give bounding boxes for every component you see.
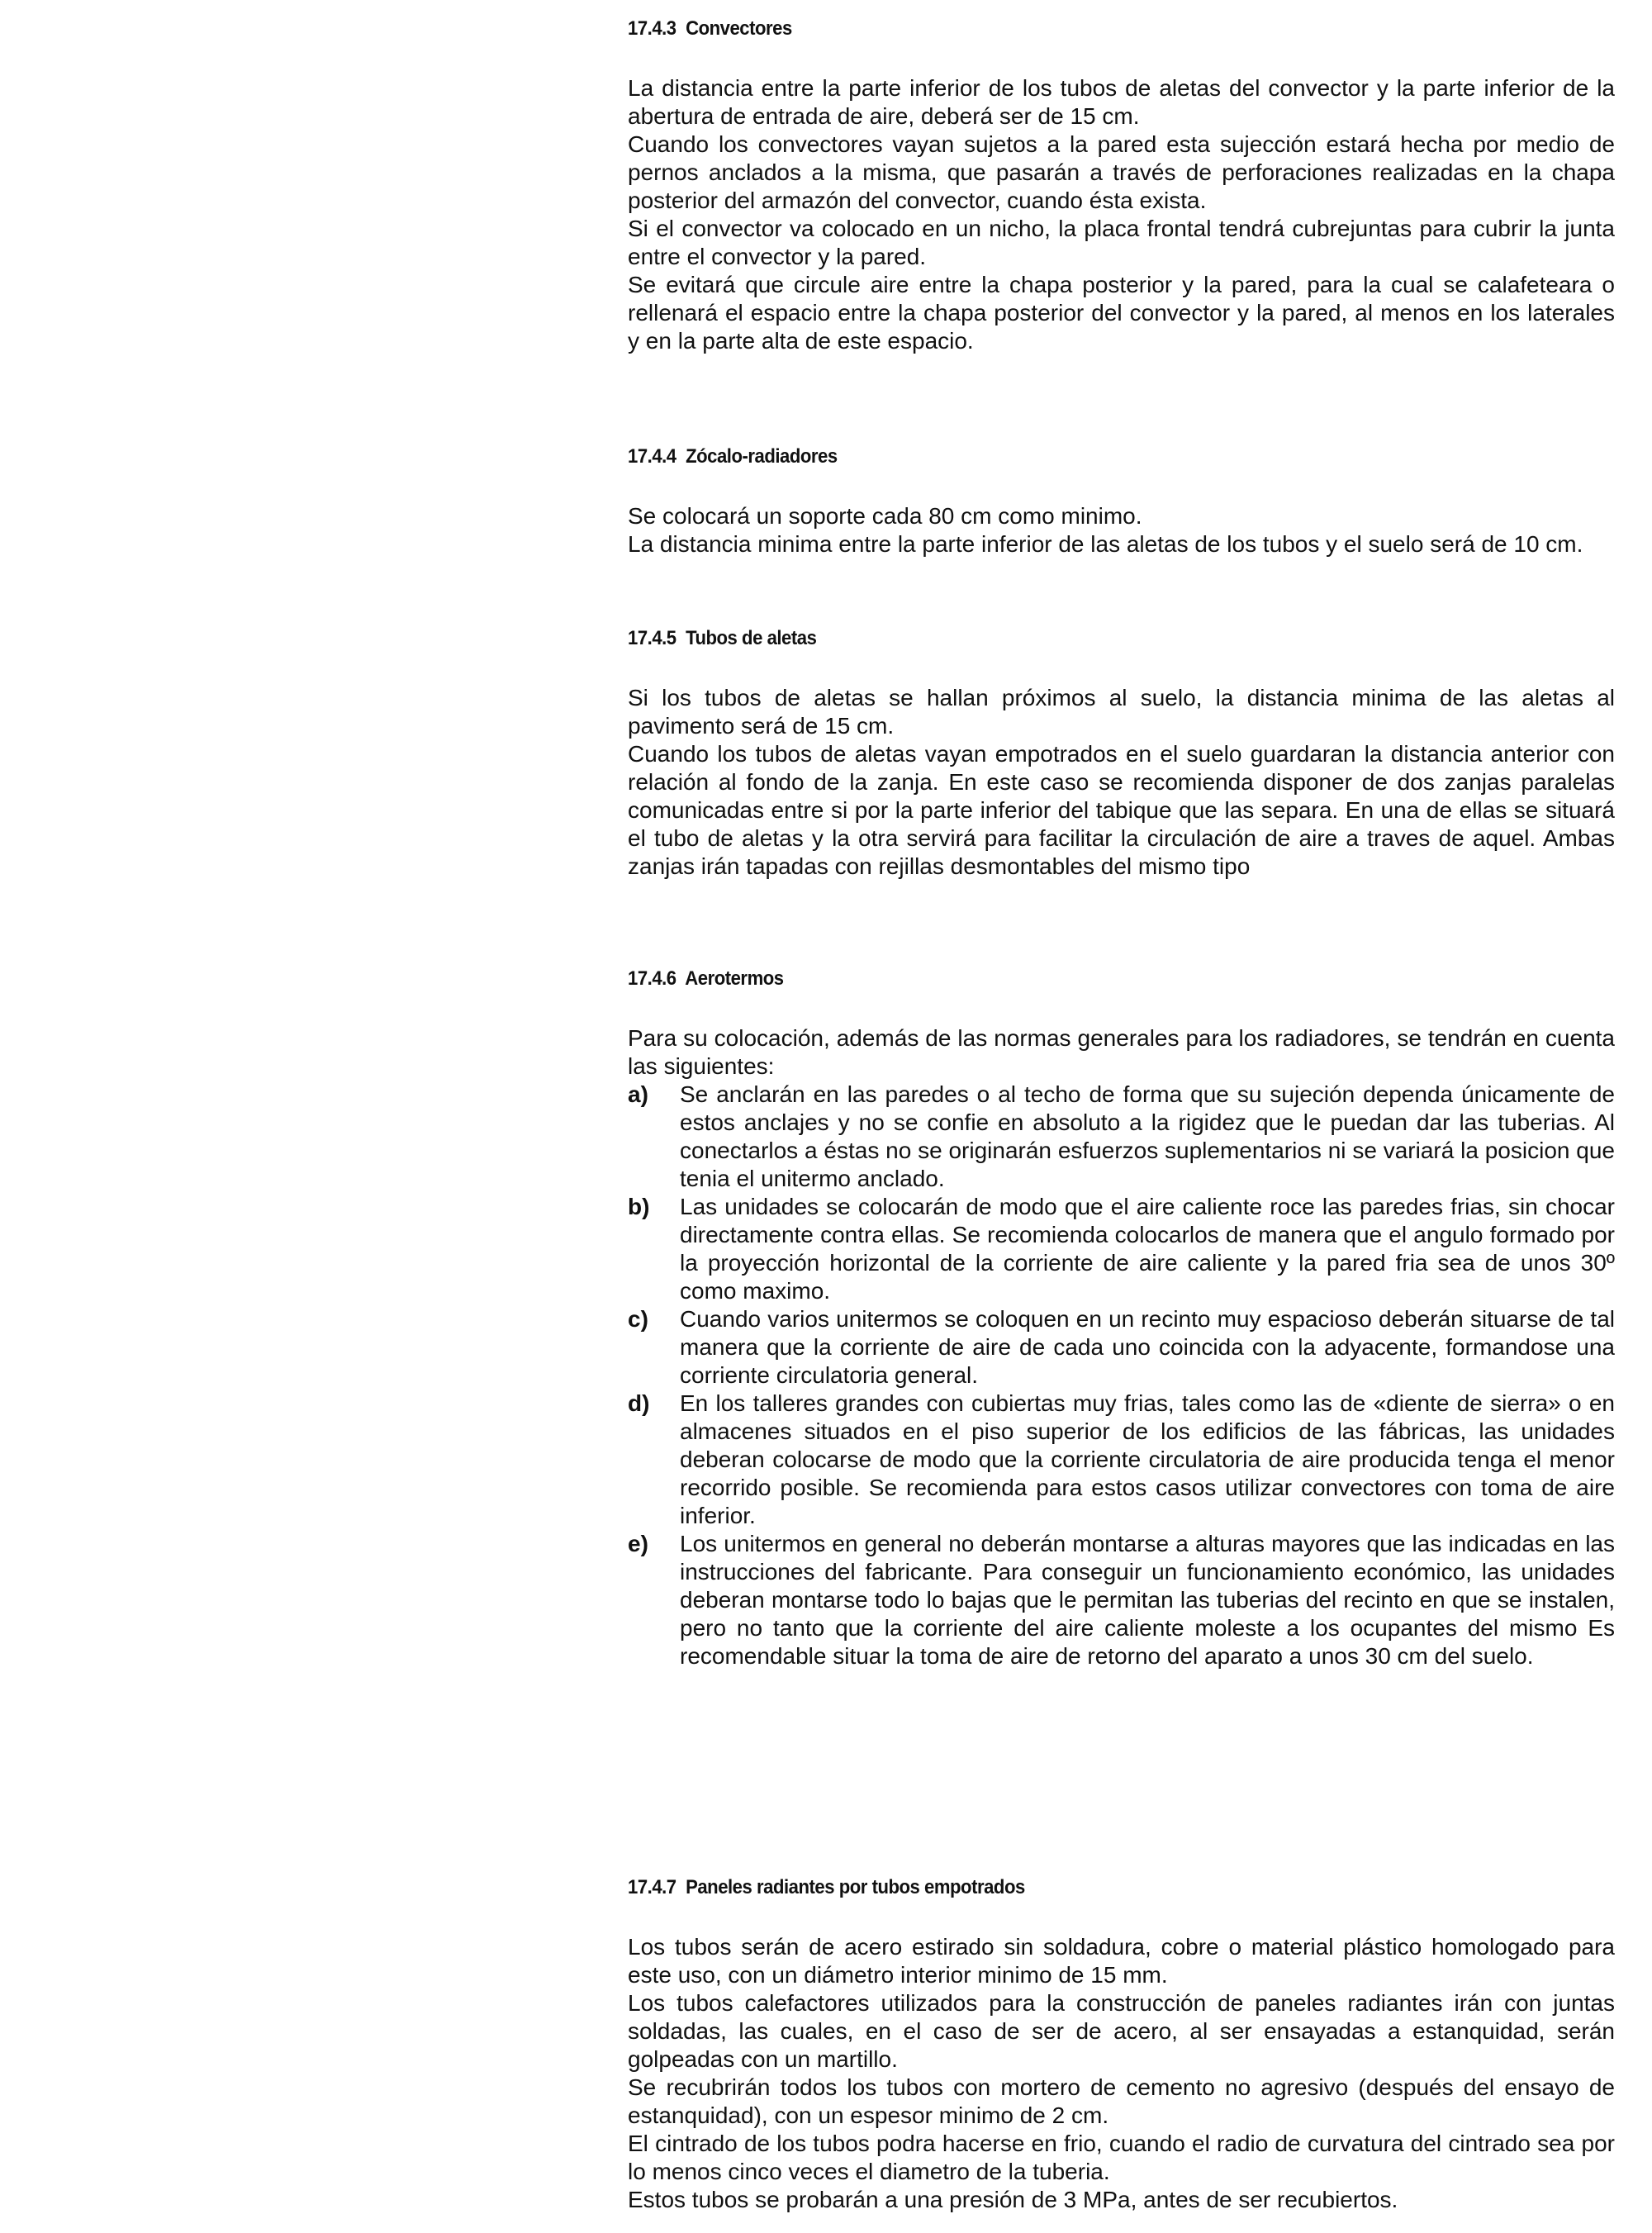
paragraph: Estos tubos se probarán a una presión de… bbox=[628, 2186, 1615, 2214]
paragraph: El cintrado de los tubos podra hacerse e… bbox=[628, 2130, 1615, 2186]
section-convectores: 17.4.3 Convectores La distancia entre la… bbox=[628, 15, 1615, 355]
section-heading: 17.4.5 Tubos de aletas bbox=[628, 625, 1536, 653]
list-item: d) En los talleres grandes con cubiertas… bbox=[628, 1390, 1615, 1530]
list-item: a) Se anclarán en las paredes o al techo… bbox=[628, 1081, 1615, 1193]
section-number: 17.4.6 bbox=[628, 965, 681, 993]
section-title: Aerotermos bbox=[685, 967, 783, 990]
paragraph: Los tubos calefactores utilizados para l… bbox=[628, 1989, 1615, 2074]
list-item: c) Cuando varios unitermos se coloquen e… bbox=[628, 1305, 1615, 1390]
list-marker: d) bbox=[628, 1390, 680, 1418]
section-heading: 17.4.3 Convectores bbox=[628, 15, 1536, 43]
paragraph: Si el convector va colocado en un nicho,… bbox=[628, 215, 1615, 271]
paragraph: Se recubrirán todos los tubos con morter… bbox=[628, 2074, 1615, 2130]
section-body: Se colocará un soporte cada 80 cm como m… bbox=[628, 502, 1615, 558]
section-title: Convectores bbox=[686, 17, 792, 40]
section-heading: 17.4.6 Aerotermos bbox=[628, 965, 1536, 993]
list-item-text: Las unidades se colocarán de modo que el… bbox=[680, 1193, 1615, 1305]
section-body: Para su colocación, además de las normas… bbox=[628, 1024, 1615, 1670]
requirements-list: a) Se anclarán en las paredes o al techo… bbox=[628, 1081, 1615, 1670]
section-body: Los tubos serán de acero estirado sin so… bbox=[628, 1933, 1615, 2214]
section-heading: 17.4.7 Paneles radiantes por tubos empot… bbox=[628, 1874, 1536, 1902]
section-tubos-de-aletas: 17.4.5 Tubos de aletas Si los tubos de a… bbox=[628, 625, 1615, 881]
paragraph: Los tubos serán de acero estirado sin so… bbox=[628, 1933, 1615, 1989]
section-number: 17.4.4 bbox=[628, 443, 681, 471]
list-item-text: Cuando varios unitermos se coloquen en u… bbox=[680, 1305, 1615, 1390]
paragraph: Para su colocación, además de las normas… bbox=[628, 1024, 1615, 1081]
paragraph: La distancia minima entre la parte infer… bbox=[628, 530, 1615, 558]
list-item: b) Las unidades se colocarán de modo que… bbox=[628, 1193, 1615, 1305]
list-marker: a) bbox=[628, 1081, 680, 1109]
section-number: 17.4.3 bbox=[628, 15, 681, 43]
list-item-text: Se anclarán en las paredes o al techo de… bbox=[680, 1081, 1615, 1193]
list-item-text: Los unitermos en general no deberán mont… bbox=[680, 1530, 1615, 1670]
list-marker: b) bbox=[628, 1193, 680, 1221]
section-title: Tubos de aletas bbox=[686, 627, 816, 649]
section-paneles-radiantes: 17.4.7 Paneles radiantes por tubos empot… bbox=[628, 1874, 1615, 2214]
section-zocalo-radiadores: 17.4.4 Zócalo-radiadores Se colocará un … bbox=[628, 443, 1615, 558]
list-marker: e) bbox=[628, 1530, 680, 1558]
section-heading: 17.4.4 Zócalo-radiadores bbox=[628, 443, 1536, 471]
list-marker: c) bbox=[628, 1305, 680, 1333]
paragraph: La distancia entre la parte inferior de … bbox=[628, 74, 1615, 131]
paragraph: Cuando los tubos de aletas vayan empotra… bbox=[628, 740, 1615, 881]
paragraph: Cuando los convectores vayan sujetos a l… bbox=[628, 131, 1615, 215]
section-aerotermos: 17.4.6 Aerotermos Para su colocación, ad… bbox=[628, 965, 1615, 1670]
list-item: e) Los unitermos en general no deberán m… bbox=[628, 1530, 1615, 1670]
paragraph: Se evitará que circule aire entre la cha… bbox=[628, 271, 1615, 355]
section-title: Paneles radiantes por tubos empotrados bbox=[686, 1876, 1025, 1898]
section-title: Zócalo-radiadores bbox=[686, 445, 838, 468]
paragraph: Si los tubos de aletas se hallan próximo… bbox=[628, 684, 1615, 740]
list-item-text: En los talleres grandes con cubiertas mu… bbox=[680, 1390, 1615, 1530]
section-body: Si los tubos de aletas se hallan próximo… bbox=[628, 684, 1615, 881]
section-body: La distancia entre la parte inferior de … bbox=[628, 74, 1615, 355]
paragraph: Se colocará un soporte cada 80 cm como m… bbox=[628, 502, 1615, 530]
section-number: 17.4.7 bbox=[628, 1874, 681, 1902]
section-number: 17.4.5 bbox=[628, 625, 681, 653]
